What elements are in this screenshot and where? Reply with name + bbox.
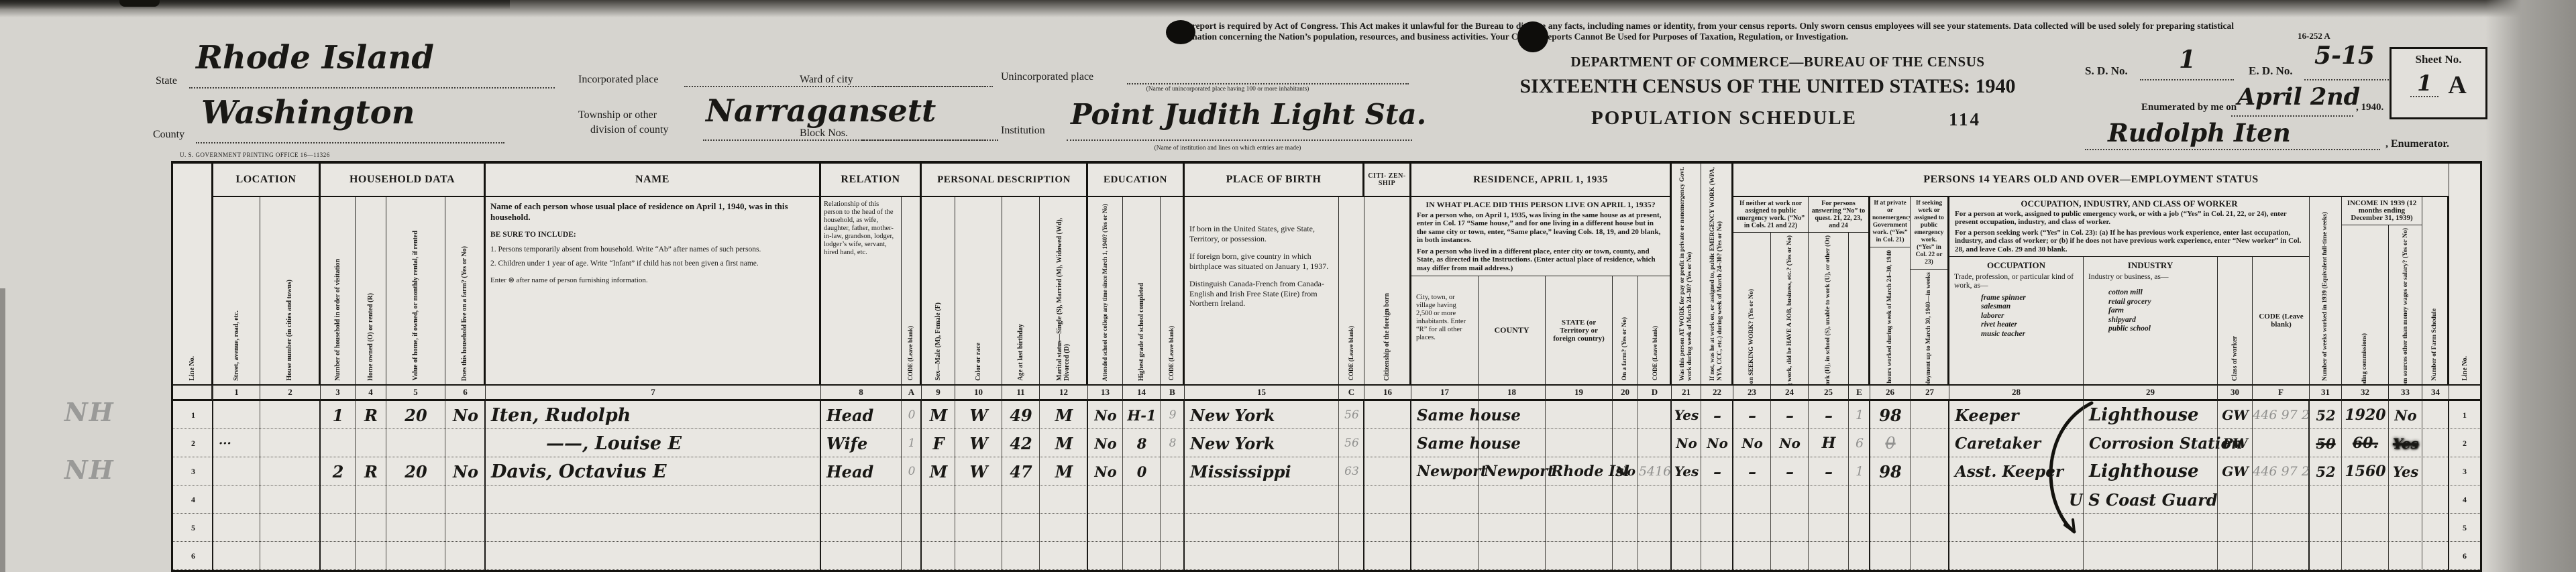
cell-at-work: Yes: [1672, 457, 1701, 485]
cell-codeF-pencil: 446 97 2: [2253, 401, 2310, 429]
not-working-group: For persons answering “No” to quest. 21,…: [1809, 197, 1870, 384]
cell-have-job: –: [1771, 457, 1809, 485]
num-cell: 22: [1701, 384, 1733, 401]
name-header-include: BE SURE TO INCLUDE:: [490, 229, 814, 240]
col-grade-header: Highest grade of school completed: [1123, 197, 1161, 384]
cell-marital: M: [1040, 457, 1088, 485]
residence-instructions-1: For a person who, on April 1, 1935, was …: [1417, 211, 1664, 245]
col-age-header: Age at last birthday: [1002, 197, 1040, 384]
group-personal-description: PERSONAL DESCRIPTION: [922, 164, 1088, 197]
cell-relation: Head: [821, 457, 902, 485]
col-farm-schedule-header: Number of Farm Schedule: [2422, 197, 2449, 384]
col-race-header: Color or race: [955, 197, 1002, 384]
cell-at-work: Yes: [1672, 401, 1701, 429]
unemployment-group: If seeking work or assigned to public em…: [1911, 197, 1949, 384]
cell-weeks: 52: [2310, 401, 2342, 429]
cell-class-of-worker: GW: [2218, 457, 2253, 485]
line-no-left-header: Line No.: [173, 164, 213, 384]
ward-label: Ward of city: [800, 74, 853, 86]
cell-school: No: [1088, 457, 1123, 485]
num-cell: 21: [1672, 384, 1701, 401]
num-cell: 11: [1002, 384, 1040, 401]
col-home-value-header: Value of home, if owned, or monthly rent…: [386, 197, 445, 384]
col-codeC-header: CODE (Leave blank): [1339, 197, 1364, 384]
line-number-right: 6: [2449, 542, 2480, 570]
col-res-state-header: STATE (or Territory or foreign country): [1546, 276, 1613, 384]
cell-seeking: –: [1733, 457, 1771, 485]
col-marital-header: Marital status—Single (S), Married (M), …: [1040, 197, 1088, 384]
cell-marital: M: [1040, 401, 1088, 429]
income-group: INCOME IN 1939 (12 months ending Decembe…: [2342, 197, 2422, 384]
sheet-letter: A: [2448, 73, 2466, 97]
cell-res-1935: Same house: [1411, 429, 1613, 457]
col-emergency-work-header: If not, was he at work on, or assigned t…: [1701, 164, 1733, 384]
line-number-right: 2: [2449, 429, 2480, 457]
margin-note-1: NH: [64, 397, 115, 427]
cell-codeE-pencil: 6: [1849, 429, 1870, 457]
cell-codeF-pencil: 446 97 2: [2253, 457, 2310, 485]
sheet-label: Sheet No.: [2392, 49, 2485, 66]
line-number-right: 5: [2449, 514, 2480, 542]
ed-line: [2304, 59, 2392, 80]
cell-res-1935: Same house: [1411, 401, 1613, 429]
cell-weeks: 52: [2310, 457, 2342, 485]
sd-label: S. D. No.: [2085, 64, 2128, 78]
col-weeks-worked-header: Number of weeks worked in 1939 (Equivale…: [2310, 197, 2342, 384]
col-res-farm-header: On a farm? (Yes or No): [1613, 276, 1638, 384]
col-codeF-header: CODE (Leave blank): [2253, 257, 2310, 384]
cell-have-job: No: [1771, 429, 1809, 457]
cell-visitation: 1: [321, 401, 356, 429]
name-header-title: Name of each person whose usual place of…: [490, 201, 814, 223]
num-cell: 27: [1911, 384, 1949, 401]
cell-occupation: Asst. Keeper: [1949, 457, 2084, 485]
col-unemployment-duration-header: Duration of unemployment up to March 30,…: [1911, 270, 1947, 384]
birthplace-note-3: Distinguish Canada-French from Canada-En…: [1189, 279, 1334, 308]
cell-hours-struck: 0: [1870, 429, 1911, 457]
name-header-note-3: Enter ⊗ after name of person furnishing …: [490, 275, 814, 286]
cell-wages-struck: 60.: [2342, 429, 2389, 457]
cell-sex: M: [922, 457, 955, 485]
income-group-title: INCOME IN 1939 (12 months ending Decembe…: [2342, 197, 2422, 225]
cell-name: Davis, Octavius E: [486, 457, 821, 485]
cell-street-mark: ···: [213, 429, 260, 457]
institution-line: [1067, 119, 1412, 141]
group-place-of-birth: PLACE OF BIRTH: [1185, 164, 1364, 197]
township-label-1: Township or other: [578, 109, 657, 121]
hours-worked-group: If at private or nonemergency Government…: [1870, 197, 1911, 384]
department-line: DEPARTMENT OF COMMERCE—BUREAU OF THE CEN…: [1462, 54, 2093, 70]
num-cell: E: [1849, 384, 1870, 401]
incorporated-place-label: Incorporated place: [578, 74, 658, 86]
cell-race: W: [955, 401, 1002, 429]
township-label-2: division of county: [590, 124, 668, 136]
col-codeB-header: CODE (Leave blank): [1161, 197, 1185, 384]
group-education: EDUCATION: [1088, 164, 1185, 197]
num-cell: 23: [1733, 384, 1771, 401]
num-cell: B: [1161, 384, 1185, 401]
num-cell: 30: [2218, 384, 2253, 401]
num-cell: [173, 384, 213, 401]
col-visitation-header: Number of household in order of visitati…: [321, 197, 356, 384]
cell-emergency: –: [1701, 457, 1733, 485]
group-name: NAME: [486, 164, 821, 197]
col-hours-worked-header: Number of hours worked during week of Ma…: [1870, 247, 1910, 384]
col-at-work-header: Was this person AT WORK for pay or profi…: [1672, 164, 1701, 384]
num-cell: 12: [1040, 384, 1088, 401]
sd-line: [2140, 59, 2234, 80]
cell-emergency: –: [1701, 401, 1733, 429]
confidentiality-notice: Your report is required by Act of Congre…: [1171, 21, 2234, 42]
cell-res-county: Newport: [1479, 457, 1546, 485]
ed-label: E. D. No.: [2249, 64, 2293, 78]
num-cell: 3: [321, 384, 356, 401]
state-label: State: [156, 75, 177, 87]
num-cell: 10: [955, 384, 1002, 401]
cell-home-value: 20: [386, 457, 445, 485]
col-res-city-header: City, town, or village having 2,500 or m…: [1411, 276, 1479, 384]
not-working-group-label: For persons answering “No” to quest. 21,…: [1809, 197, 1868, 233]
num-cell: 8: [821, 384, 902, 401]
cell-farm: No: [445, 457, 486, 485]
num-cell: 17: [1411, 384, 1479, 401]
cell-tenure: R: [356, 401, 386, 429]
ink-blot-top-left: [119, 0, 160, 7]
cell-farm: No: [445, 401, 486, 429]
cell-class-of-worker: GW: [2218, 401, 2253, 429]
signature-line: [2085, 129, 2380, 150]
line-number: 2: [173, 429, 213, 457]
num-cell: 5: [386, 384, 445, 401]
cell-seeking: No: [1733, 429, 1771, 457]
cell-birthplace: New York: [1185, 401, 1339, 429]
cell-res-farm: No: [1613, 457, 1638, 485]
cell-emergency: No: [1701, 429, 1733, 457]
col-codeD-header: CODE (Leave blank): [1638, 276, 1672, 384]
col-res-county-header: COUNTY: [1479, 276, 1546, 384]
cell-codeB-pencil: 8: [1161, 429, 1185, 457]
cell-engaged: –: [1809, 401, 1849, 429]
col-have-job-header: If not seeking work, did he HAVE A JOB, …: [1771, 233, 1809, 384]
ward-line: [872, 66, 986, 87]
col-wages-header: Amount of money wages or salary received…: [2342, 225, 2389, 384]
occupation-group-note-1: For a person at work, assigned to public…: [1955, 210, 2304, 227]
cell-sex: F: [922, 429, 955, 457]
cell-res-state: Rhode Isl: [1546, 457, 1613, 485]
num-cell: F: [2253, 384, 2310, 401]
num-cell: 20: [1613, 384, 1638, 401]
line-number: 3: [173, 457, 213, 485]
cell-visitation: 2: [321, 457, 356, 485]
num-cell: 16: [1364, 384, 1411, 401]
col-name-header: Name of each person whose usual place of…: [486, 197, 821, 384]
num-cell: C: [1339, 384, 1364, 401]
col-citizenship-header: Citizenship of the foreign born: [1364, 197, 1411, 384]
block-line: [862, 119, 986, 141]
cell-codeC-pencil: 56: [1339, 401, 1364, 429]
cell-race: W: [955, 457, 1002, 485]
unincorporated-line: [1127, 63, 1409, 84]
col-owned-rented-header: Home owned (O) or rented (R): [356, 197, 386, 384]
cell-race: W: [955, 429, 1002, 457]
group-citizenship: CITI- ZEN- SHIP: [1364, 164, 1411, 197]
cell-sex: M: [922, 401, 955, 429]
group-employment-title: PERSONS 14 YEARS OLD AND OVER—EMPLOYMENT…: [1733, 164, 2449, 197]
cell-codeA-pencil: 1: [902, 429, 922, 457]
cell-age: 42: [1002, 429, 1040, 457]
unemployment-group-label: If seeking work or assigned to public em…: [1911, 197, 1947, 270]
cell-engaged: H: [1809, 429, 1849, 457]
num-cell: A: [902, 384, 922, 401]
line-no-right-header: Line No.: [2449, 164, 2480, 384]
sheet-value: 1: [2410, 70, 2438, 97]
num-cell: 19: [1546, 384, 1613, 401]
cell-tenure: R: [356, 457, 386, 485]
line-number-right: 1: [2449, 401, 2480, 429]
num-cell: 34: [2422, 384, 2449, 401]
num-cell: 18: [1479, 384, 1546, 401]
cell-age: 49: [1002, 401, 1040, 429]
residence-detail-block: IN WHAT PLACE DID THIS PERSON LIVE ON AP…: [1411, 197, 1672, 384]
occupation-industry-group: OCCUPATION, INDUSTRY, AND CLASS OF WORKE…: [1949, 197, 2310, 384]
num-cell: 4: [356, 384, 386, 401]
col-farm-header: Does this household live on a farm? (Yes…: [445, 197, 486, 384]
group-location: LOCATION: [213, 164, 321, 197]
cell-marital: M: [1040, 429, 1088, 457]
cell-industry: Lighthouse: [2084, 457, 2218, 485]
cell-codeD-pencil: 5416: [1638, 457, 1672, 485]
cell-engaged: –: [1809, 457, 1849, 485]
col-birthplace-header: If born in the United States, give State…: [1185, 197, 1339, 384]
col-sex-header: Sex—Male (M), Female (F): [922, 197, 955, 384]
margin-note-2: NH: [64, 455, 115, 485]
county-line: [196, 122, 504, 144]
cell-other-income: No: [2389, 401, 2422, 429]
scan-top-shadow-left: [0, 0, 510, 9]
line-number-right: 4: [2449, 485, 2480, 514]
population-schedule-table: Line No. LOCATION HOUSEHOLD DATA NAME RE…: [171, 161, 2482, 572]
cell-grade: 8: [1123, 429, 1161, 457]
num-cell: 9: [922, 384, 955, 401]
group-household-data: HOUSEHOLD DATA: [321, 164, 486, 197]
num-cell: 7: [486, 384, 821, 401]
hours-worked-group-label: If at private or nonemergency Government…: [1870, 197, 1910, 247]
col-occupation-header: OCCUPATION Trade, profession, or particu…: [1949, 257, 2084, 384]
cell-hours: 98: [1870, 457, 1911, 485]
cell-hours: 98: [1870, 401, 1911, 429]
occupation-group-note-2: For a person seeking work (“Yes” in Col.…: [1955, 229, 2304, 254]
line-number: 5: [173, 514, 213, 542]
cell-codeE-pencil: 1: [1849, 401, 1870, 429]
seeking-work-group: If neither at work nor assigned to publi…: [1733, 197, 1809, 384]
cell-codeC-pencil: 63: [1339, 457, 1364, 485]
num-cell: 26: [1870, 384, 1911, 401]
cell-other-income: Yes: [2389, 457, 2422, 485]
enumerated-line: [2231, 95, 2353, 117]
num-cell: 2: [260, 384, 321, 401]
paper-left-edge: [0, 288, 5, 572]
institution-note: (Name of institution and lines on which …: [1040, 145, 1415, 152]
paper-right-edge: [2485, 0, 2576, 572]
cell-wages: 1920: [2342, 401, 2389, 429]
cell-class-of-worker: PW: [2218, 429, 2253, 457]
col-codeA-header: CODE (Leave blank): [902, 197, 922, 384]
col-industry-header: INDUSTRY Industry or business, as— cotto…: [2084, 257, 2218, 384]
col-class-of-worker-header: Class of worker: [2218, 257, 2253, 384]
census-title: SIXTEENTH CENSUS OF THE UNITED STATES: 1…: [1402, 75, 2133, 98]
col-relation-header: Relationship of this person to the head …: [821, 197, 902, 384]
name-header-note-2: 2. Children under 1 year of age. Write “…: [490, 260, 814, 268]
cell-home-value: 20: [386, 401, 445, 429]
cell-codeA-pencil: 0: [902, 457, 922, 485]
seeking-work-group-label: If neither at work nor assigned to publi…: [1733, 197, 1808, 233]
line-number-right: 3: [2449, 457, 2480, 485]
cell-relation: Wife: [821, 429, 902, 457]
enumerated-year: , 1940.: [2356, 102, 2383, 113]
cell-codeB-pencil: 9: [1161, 401, 1185, 429]
cell-at-work: No: [1672, 429, 1701, 457]
ink-blot-notice-2: [1517, 21, 1548, 52]
cell-codeC-pencil: 56: [1339, 429, 1364, 457]
num-cell: 25: [1809, 384, 1849, 401]
cell-age: 47: [1002, 457, 1040, 485]
col-house-number-header: House number (in cities and towns): [260, 197, 321, 384]
cell-school: No: [1088, 401, 1123, 429]
line-number: 4: [173, 485, 213, 514]
col-other-income-header: Did this person receive income of $50 or…: [2389, 225, 2422, 384]
cell-school: No: [1088, 429, 1123, 457]
cell-codeE-pencil: 1: [1849, 457, 1870, 485]
occupation-group-title: OCCUPATION, INDUSTRY, AND CLASS OF WORKE…: [1955, 200, 2304, 209]
institution-label: Institution: [1001, 125, 1045, 137]
form-number: 16-252 A: [2298, 31, 2330, 42]
county-label: County: [153, 129, 184, 141]
cell-weeks-struck: 50: [2310, 429, 2342, 457]
cell-industry: Lighthouse: [2084, 401, 2218, 429]
cell-occupation: Caretaker: [1949, 429, 2084, 457]
cell-name: ——, Louise E: [486, 429, 821, 457]
num-cell: 15: [1185, 384, 1339, 401]
num-cell: 6: [445, 384, 486, 401]
cell-have-job: –: [1771, 401, 1809, 429]
num-cell: 33: [2389, 384, 2422, 401]
group-relation: RELATION: [821, 164, 922, 197]
enumerator-label: , Enumerator.: [2385, 138, 2449, 150]
cell-seeking: –: [1733, 401, 1771, 429]
cell-grade: 0: [1123, 457, 1161, 485]
col-engaged-header: Indicate whether engaged in home housewo…: [1809, 233, 1849, 384]
sheet-box: Sheet No. 1 A: [2390, 47, 2487, 119]
num-cell: [2449, 384, 2480, 401]
cell-grade: H-1: [1123, 401, 1161, 429]
line-number: 6: [173, 542, 213, 570]
cell-occupation: Keeper: [1949, 401, 2084, 429]
state-line: [189, 67, 555, 89]
cell-birthplace: Mississippi: [1185, 457, 1339, 485]
cell-relation: Head: [821, 401, 902, 429]
num-cell: 14: [1123, 384, 1161, 401]
cell-wages: 1560: [2342, 457, 2389, 485]
schedule-title: POPULATION SCHEDULE: [1516, 107, 1932, 129]
unincorporated-label: Unincorporated place: [1001, 71, 1093, 83]
ink-blot-notice-1: [1166, 20, 1195, 44]
cell-codeA-pencil: 0: [902, 401, 922, 429]
col-codeE-header: CODE: [1849, 233, 1870, 384]
page-stamp: 114: [1949, 109, 1981, 130]
unincorporated-note: (Name of unincorporated place having 100…: [1040, 86, 1415, 93]
num-cell: 24: [1771, 384, 1809, 401]
num-cell: 31: [2310, 384, 2342, 401]
col-seeking-work-header: Was this person SEEKING WORK? (Yes or No…: [1733, 233, 1771, 384]
cell-res-city: Newport: [1411, 457, 1479, 485]
gpo-line: U. S. GOVERNMENT PRINTING OFFICE 16—1132…: [180, 152, 330, 158]
enumerated-prefix: Enumerated by me on: [2141, 102, 2237, 113]
cell-industry-continuation: U S Coast Guard: [2063, 485, 2218, 514]
cell-name: Iten, Rudolph: [486, 401, 821, 429]
birthplace-note-1: If born in the United States, give State…: [1189, 224, 1334, 243]
residence-instructions-2: For a person who lived in a different pl…: [1417, 247, 1664, 273]
cell-other-income-struck: Yes: [2389, 429, 2422, 457]
block-label: Block Nos.: [800, 127, 848, 139]
col-school-header: Attended school or college any time sinc…: [1088, 197, 1123, 384]
col-street-header: Street, avenue, road, etc.: [213, 197, 260, 384]
birthplace-note-2: If foreign born, give country in which b…: [1189, 251, 1334, 271]
residence-question: IN WHAT PLACE DID THIS PERSON LIVE ON AP…: [1417, 201, 1664, 209]
num-cell: D: [1638, 384, 1672, 401]
cell-industry: Corrosion Station: [2084, 429, 2218, 457]
name-header-note-1: 1. Persons temporarily absent from house…: [490, 245, 814, 254]
num-cell: 1: [213, 384, 260, 401]
cell-birthplace: New York: [1185, 429, 1339, 457]
line-number: 1: [173, 401, 213, 429]
num-cell: 32: [2342, 384, 2389, 401]
group-residence-title: RESIDENCE, APRIL 1, 1935: [1411, 164, 1672, 197]
num-cell: 13: [1088, 384, 1123, 401]
